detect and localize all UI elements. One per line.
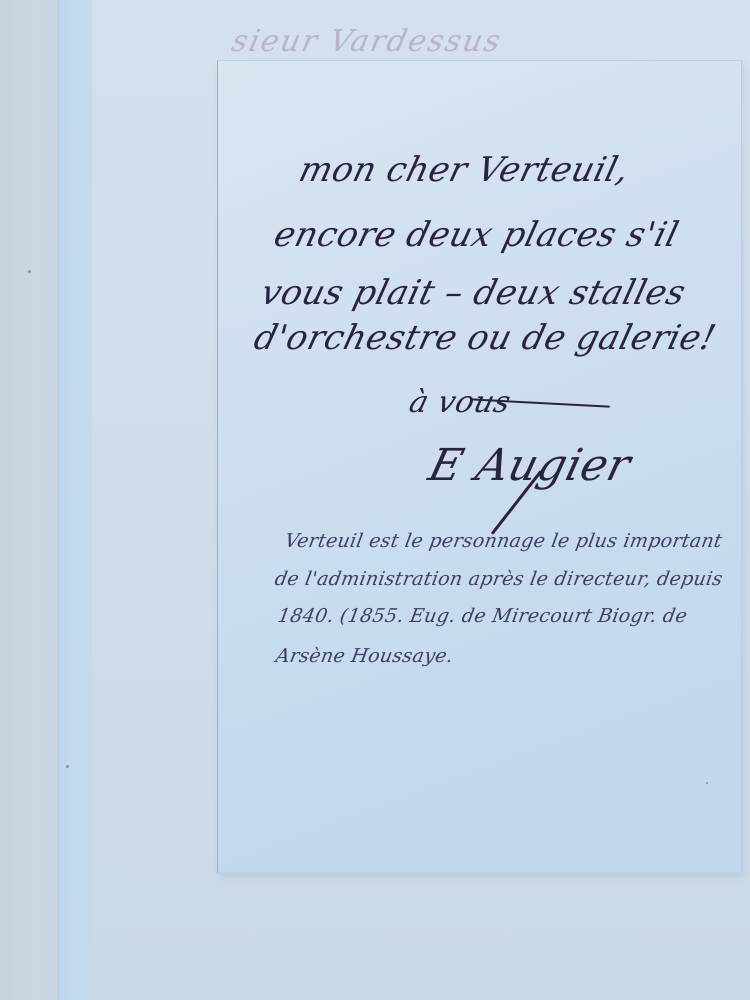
paper-speck bbox=[66, 765, 69, 768]
letter-closing: à vous bbox=[406, 385, 515, 420]
document-photo: sieur Vardessus mon cher Verteuil, encor… bbox=[0, 0, 750, 1000]
paper-speck bbox=[706, 782, 708, 784]
letter-body-line-3: d'orchestre ou de galerie! bbox=[250, 318, 720, 358]
paper-speck bbox=[28, 270, 31, 273]
letter-salutation: mon cher Verteuil, bbox=[295, 150, 634, 190]
binding-strip bbox=[58, 0, 93, 1000]
album-edge bbox=[0, 0, 58, 1000]
annotation-line-1: Verteuil est le personnage le plus impor… bbox=[283, 530, 724, 552]
letter-body-line-2: vous plait – deux stalles bbox=[257, 273, 690, 313]
annotation-line-2: de l'administration après le directeur, … bbox=[273, 568, 725, 590]
annotation-line-3: 1840. (1855. Eug. de Mirecourt Biogr. de bbox=[276, 605, 689, 627]
header-pencil-annotation: sieur Vardessus bbox=[228, 22, 637, 63]
letter-body-line-1: encore deux places s'il bbox=[270, 215, 683, 255]
card-bottom-edge bbox=[222, 872, 742, 874]
annotation-line-4: Arsène Houssaye. bbox=[274, 645, 455, 667]
